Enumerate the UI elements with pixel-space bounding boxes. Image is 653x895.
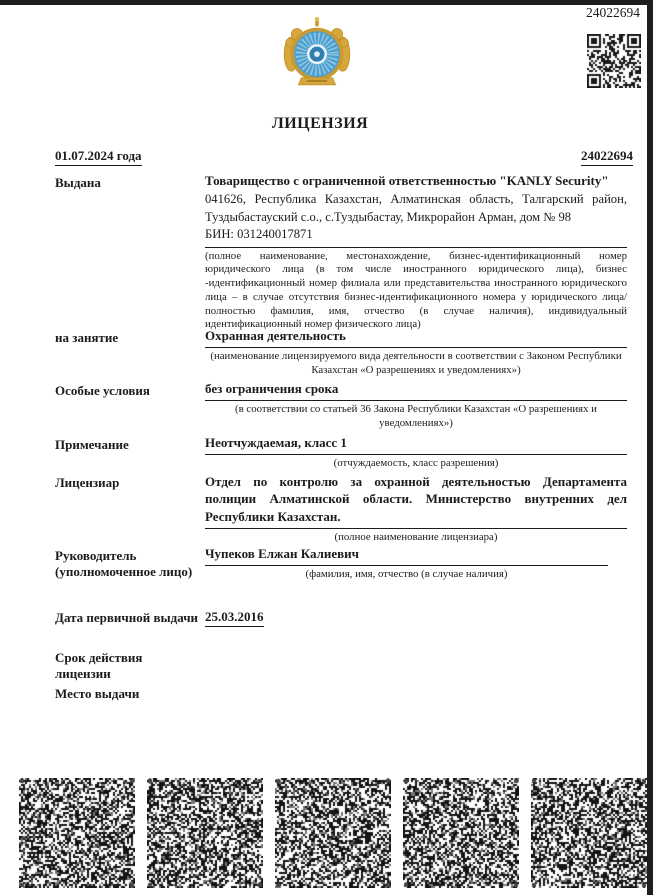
license-number: 24022694: [581, 148, 633, 166]
corner-document-number: 24022694: [586, 5, 640, 21]
note-label: Примечание: [55, 437, 205, 453]
issued-to-address: 041626, Республика Казахстан, Алматинска…: [205, 191, 627, 226]
issued-to-caption: (полное наименование, местонахождение, б…: [205, 250, 627, 333]
signature-barcode: [19, 778, 135, 888]
field-note: Примечание Неотчуждаемая, класс 1 (отчуж…: [55, 435, 627, 471]
document-title: ЛИЦЕНЗИЯ: [0, 115, 640, 133]
note-caption: (отчуждаемость, класс разрешения): [205, 457, 627, 471]
page-top-border: [0, 0, 653, 5]
special-conditions-value: без ограничения срока: [205, 381, 627, 401]
first-issue-date-label: Дата первичной выдачи: [55, 610, 215, 626]
signature-barcode-row: [19, 778, 647, 888]
issue-place-label: Место выдачи: [55, 686, 205, 702]
field-head: Руководитель (уполномоченное лицо) Чупек…: [55, 546, 627, 582]
licensor-label: Лицензиар: [55, 475, 205, 491]
field-issued-to: Выдана Товарищество с ограниченной ответ…: [55, 173, 627, 332]
special-conditions-label: Особые условия: [55, 383, 205, 399]
head-label: Руководитель (уполномоченное лицо): [55, 548, 205, 580]
signature-barcode: [147, 778, 263, 888]
activity-value: Охранная деятельность: [205, 328, 627, 348]
head-caption: (фамилия, имя, отчество (в случае наличи…: [205, 568, 608, 582]
issued-to-bin: БИН: 031240017871: [205, 226, 627, 248]
signature-barcode: [531, 778, 647, 888]
activity-caption: (наименование лицензируемого вида деятел…: [205, 350, 627, 378]
field-special-conditions: Особые условия без ограничения срока (в …: [55, 381, 627, 431]
field-activity: на занятие Охранная деятельность (наимен…: [55, 328, 627, 378]
field-first-issue-date: Дата первичной выдачи 25.03.2016: [55, 608, 627, 627]
license-document-page: 24022694 ЛИЦЕНЗИЯ 01.07.2024 года 240226…: [0, 0, 653, 895]
issue-date: 01.07.2024 года: [55, 148, 142, 166]
page-right-border: [647, 0, 653, 895]
issued-to-name: Товарищество с ограниченной ответственно…: [205, 173, 627, 189]
field-licensor: Лицензиар Отдел по контролю за охранной …: [55, 473, 627, 545]
signature-barcode: [403, 778, 519, 888]
head-value: Чупеков Елжан Калиевич: [205, 546, 608, 566]
licensor-value: Отдел по контролю за охранной деятельнос…: [205, 473, 627, 529]
kazakhstan-emblem-icon: [281, 17, 353, 97]
activity-label: на занятие: [55, 330, 205, 346]
qr-code-icon: [587, 34, 641, 88]
special-conditions-caption: (в соответствии со статьей 36 Закона Рес…: [205, 403, 627, 431]
note-value: Неотчуждаемая, класс 1: [205, 435, 627, 455]
validity-label: Срок действия лицензии: [55, 650, 205, 682]
signature-barcode: [275, 778, 391, 888]
meta-row: 01.07.2024 года 24022694: [55, 148, 633, 166]
issued-to-label: Выдана: [55, 175, 205, 191]
licensor-caption: (полное наименование лицензиара): [205, 531, 627, 545]
